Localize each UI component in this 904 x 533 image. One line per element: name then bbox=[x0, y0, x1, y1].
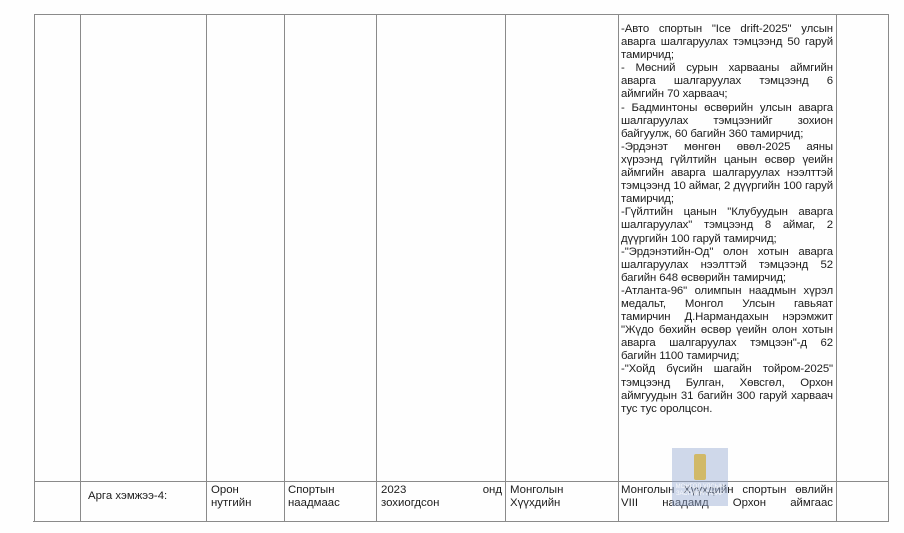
result-paragraph: - Бадминтоны өсвөрийн улсын аварга шалга… bbox=[621, 102, 833, 141]
table-col-border-7 bbox=[836, 14, 837, 522]
official-stamp: МОНГОЛ УЛСЫН ЗАСГИЙН ГАЗАР bbox=[672, 448, 728, 506]
table-col-border-6 bbox=[618, 14, 619, 522]
result-paragraph: -"Хойд бүсийн шагайн тойром-2025" тэмцээ… bbox=[621, 363, 833, 415]
table-top-border bbox=[34, 14, 889, 15]
result-paragraph: -Эрдэнэт мөнгөн өвөл-2025 аяны хүрээнд г… bbox=[621, 141, 833, 206]
result-paragraph: -"Эрдэнэтийн-Од" олон хотын аварга шалга… bbox=[621, 246, 833, 285]
row2-col5-ond: онд bbox=[483, 484, 502, 497]
table-col-border-0 bbox=[34, 14, 35, 522]
result-paragraph: -Авто спортын "Ice drift-2025" улсын ава… bbox=[621, 23, 833, 62]
table-col-border-8 bbox=[888, 14, 889, 522]
stamp-text: МОНГОЛ УЛСЫН ЗАСГИЙН ГАЗАР bbox=[674, 484, 726, 498]
row2-col4: Спортын наадмаас bbox=[288, 484, 358, 510]
table-col-border-1 bbox=[80, 14, 81, 522]
row2-col5-line2: зохиогдсон bbox=[381, 497, 502, 510]
soyombo-emblem-icon bbox=[694, 454, 706, 480]
table-bottom-border bbox=[33, 521, 889, 522]
row2-col3: Орон нутгийн bbox=[211, 484, 266, 510]
result-paragraph: -Атланта-96" олимпын наадмын хүрэл медал… bbox=[621, 285, 833, 364]
table-col-border-4 bbox=[376, 14, 377, 522]
row2-col5-line1: 2023онд bbox=[381, 484, 502, 497]
row2-col5-year: 2023 bbox=[381, 484, 406, 497]
result-paragraph: - Мөсний сурын харвааны аймгийн аварга ш… bbox=[621, 62, 833, 101]
measure-label: Арга хэмжээ-4: bbox=[88, 490, 203, 503]
results-cell: -Авто спортын "Ice drift-2025" улсын ава… bbox=[621, 23, 833, 416]
row2-col5: 2023онд зохиогдсон bbox=[381, 484, 502, 510]
document-page: -Авто спортын "Ice drift-2025" улсын ава… bbox=[0, 0, 904, 533]
table-col-border-5 bbox=[505, 14, 506, 522]
table-row-divider bbox=[34, 481, 889, 482]
row2-col6: Монголын Хүүхдийн bbox=[510, 484, 595, 510]
result-paragraph: -Гүйлтийн цанын "Клубуудын аварга шалгар… bbox=[621, 206, 833, 245]
table-col-border-2 bbox=[206, 14, 207, 522]
table-col-border-3 bbox=[284, 14, 285, 522]
